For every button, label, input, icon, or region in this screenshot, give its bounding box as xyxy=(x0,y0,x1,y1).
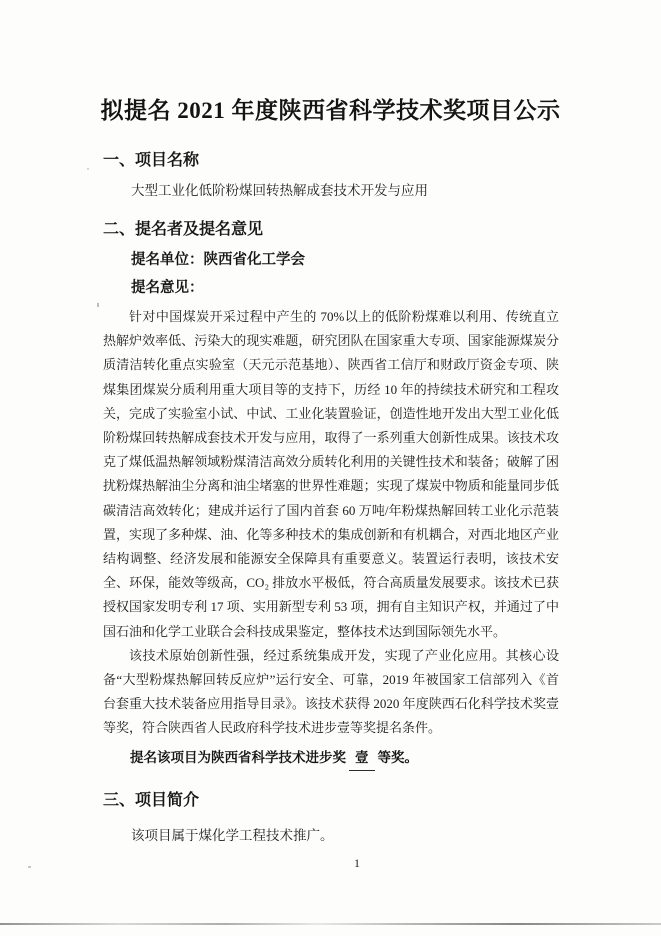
section-3-heading: 三、项目简介 xyxy=(103,790,559,811)
scan-speck xyxy=(97,303,99,307)
page-number: 1 xyxy=(103,856,559,871)
document-body: 一、项目名称 大型工业化低阶粉煤回转热解成套技术开发与应用 二、提名者及提名意见… xyxy=(103,150,559,871)
document-page: 拟提名 2021 年度陕西省科学技术奖项目公示 一、项目名称 大型工业化低阶粉煤… xyxy=(0,0,661,936)
nomination-conclusion-line: 提名该项目为陕西省科学技术进步奖壹等奖。 xyxy=(103,746,559,771)
opinion-paragraph-1: 针对中国煤炭开采过程中产生的 70%以上的低阶粉煤难以利用、传统直立热解炉效率低… xyxy=(103,305,559,644)
project-name-text: 大型工业化低阶粉煤回转热解成套技术开发与应用 xyxy=(131,181,559,200)
section-1-heading: 一、项目名称 xyxy=(103,150,559,171)
document-title: 拟提名 2021 年度陕西省科学技术奖项目公示 xyxy=(0,92,661,125)
award-grade-underlined: 壹 xyxy=(349,746,375,771)
scan-speck xyxy=(28,866,31,868)
nominating-unit-text: 提名单位：陕西省化工学会 xyxy=(131,251,559,270)
scan-artifact-line xyxy=(0,923,661,925)
nomination-suffix: 等奖。 xyxy=(378,750,419,765)
project-intro-text: 该项目属于煤化学工程技术推广。 xyxy=(131,826,559,845)
nomination-prefix: 提名该项目为陕西省科学技术进步奖 xyxy=(130,750,346,765)
nomination-opinion-label: 提名意见： xyxy=(131,279,559,298)
opinion-paragraph-2: 该技术原始创新性强，经过系统集成开发，实现了产业化应用。其核心设备“大型粉煤热解… xyxy=(103,644,559,741)
scan-speck xyxy=(87,168,89,170)
section-2-heading: 二、提名者及提名意见 xyxy=(103,219,559,240)
